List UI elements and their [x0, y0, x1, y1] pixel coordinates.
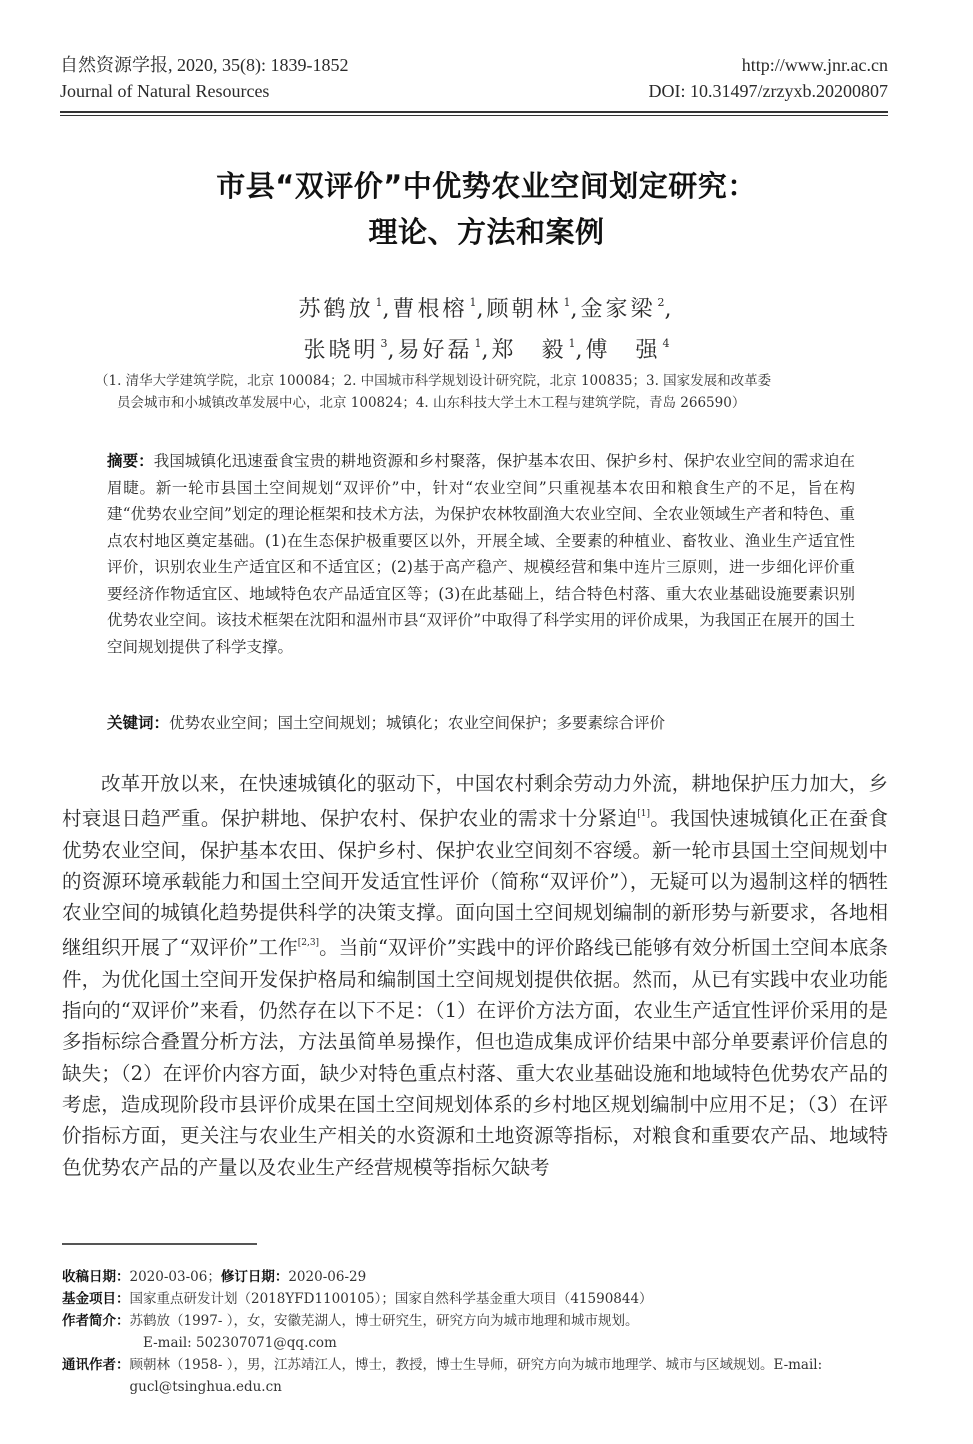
keywords: 关键词：优势农业空间；国土空间规划；城镇化；农业空间保护；多要素综合评价: [107, 710, 855, 736]
journal-url[interactable]: http://www.jnr.ac.cn: [742, 52, 888, 78]
received-label: 收稿日期：: [62, 1269, 130, 1285]
footnote-fund: 基金项目： 国家重点研发计划（2018YFD1100105）；国家自然科学基金重…: [62, 1288, 892, 1310]
author-affiliation-mark: 1: [475, 337, 482, 350]
author-email[interactable]: E-mail: 502307071@qq.com: [62, 1332, 892, 1354]
footnote-corresponding-author: 通讯作者： 顾朝林（1958- ），男，江苏靖江人，博士，教授，博士生导师，研究…: [62, 1354, 892, 1398]
footnote-dates: 收稿日期：2020-03-06；修订日期：2020-06-29: [62, 1266, 892, 1288]
citation-ref-2-3[interactable]: [2,3]: [298, 938, 319, 948]
doi: DOI: 10.31497/zrzyxb.20200807: [649, 78, 888, 104]
journal-header: 自然资源学报, 2020, 35(8): 1839-1852 http://ww…: [60, 52, 888, 104]
author-affiliation-mark: 1: [564, 296, 571, 309]
author-bio-label: 作者简介：: [62, 1310, 130, 1332]
fund-label: 基金项目：: [62, 1288, 130, 1310]
abstract-label: 摘要：: [107, 452, 154, 470]
affiliations-line-1: （1. 清华大学建筑学院，北京 100084；2. 中国城市科学规划设计研究院，…: [95, 373, 771, 389]
author-line-1: 苏鹤放1,曹根榕1,顾朝林1,金家梁2,: [0, 286, 973, 327]
author-name: 顾朝林: [487, 297, 562, 322]
affiliations: （1. 清华大学建筑学院，北京 100084；2. 中国城市科学规划设计研究院，…: [95, 370, 865, 414]
journal-name-en: Journal of Natural Resources: [60, 78, 269, 104]
header-double-rule: [60, 111, 888, 116]
introduction-paragraph: 改革开放以来，在快速城镇化的驱动下，中国农村剩余劳动力外流，耕地保护压力加大，乡…: [62, 768, 888, 1183]
footnote-author-bio: 作者简介： 苏鹤放（1997- ），女，安徽芜湖人，博士研究生，研究方向为城市地…: [62, 1310, 892, 1332]
affiliations-line-2: 员会城市和小城镇改革发展中心，北京 100824；4. 山东科技大学土木工程与建…: [95, 392, 865, 414]
author-name: 金家梁: [581, 297, 656, 322]
revised-label: 修订日期：: [221, 1269, 289, 1285]
author-name: 苏鹤放: [298, 297, 373, 322]
footnote-divider: [62, 1243, 257, 1245]
fund-text: 国家重点研发计划（2018YFD1100105）；国家自然科学基金重大项目（41…: [130, 1288, 893, 1310]
abstract: 摘要：我国城镇化迅速蚕食宝贵的耕地资源和乡村聚落，保护基本农田、保护乡村、保护农…: [107, 448, 855, 660]
author-name: 郑 毅: [492, 338, 567, 363]
paragraph-text: 。当前“双评价”实践中的评价路线已能够有效分析国土空间本底条件，为优化国土空间开…: [62, 936, 888, 1178]
author-list: 苏鹤放1,曹根榕1,顾朝林1,金家梁2, 张晓明3,易好磊1,郑 毅1,傅 强4: [0, 286, 973, 368]
keywords-label: 关键词：: [107, 714, 169, 732]
paper-title: 市县“双评价”中优势农业空间划定研究： 理论、方法和案例: [0, 163, 973, 255]
corresponding-author-text: 顾朝林（1958- ），男，江苏靖江人，博士，教授，博士生导师，研究方向为城市地…: [130, 1354, 893, 1398]
author-affiliation-mark: 3: [380, 337, 387, 350]
corresponding-author-label: 通讯作者：: [62, 1354, 130, 1398]
author-name: 张晓明: [303, 338, 378, 363]
received-date: 2020-03-06；: [130, 1269, 221, 1285]
journal-citation: 自然资源学报, 2020, 35(8): 1839-1852: [60, 52, 348, 78]
author-affiliation-mark: 4: [663, 337, 670, 350]
keywords-text: 优势农业空间；国土空间规划；城镇化；农业空间保护；多要素综合评价: [169, 714, 665, 732]
author-affiliation-mark: 1: [569, 337, 576, 350]
author-name: 曹根榕: [392, 297, 467, 322]
author-affiliation-mark: 1: [375, 296, 382, 309]
title-line-1: 市县“双评价”中优势农业空间划定研究：: [0, 163, 973, 209]
footnotes: 收稿日期：2020-03-06；修订日期：2020-06-29 基金项目： 国家…: [62, 1266, 892, 1398]
author-affiliation-mark: 1: [470, 296, 477, 309]
author-name: 傅 强: [586, 338, 661, 363]
title-line-2: 理论、方法和案例: [0, 209, 973, 255]
abstract-text: 我国城镇化迅速蚕食宝贵的耕地资源和乡村聚落，保护基本农田、保护乡村、保护农业空间…: [107, 452, 855, 656]
author-line-2: 张晓明3,易好磊1,郑 毅1,傅 强4: [0, 327, 973, 368]
citation-ref-1[interactable]: [1]: [637, 809, 650, 819]
author-name: 易好磊: [397, 338, 472, 363]
author-affiliation-mark: 2: [658, 296, 665, 309]
author-bio-text: 苏鹤放（1997- ），女，安徽芜湖人，博士研究生，研究方向为城市地理和城市规划…: [130, 1310, 893, 1332]
revised-date: 2020-06-29: [288, 1269, 366, 1285]
